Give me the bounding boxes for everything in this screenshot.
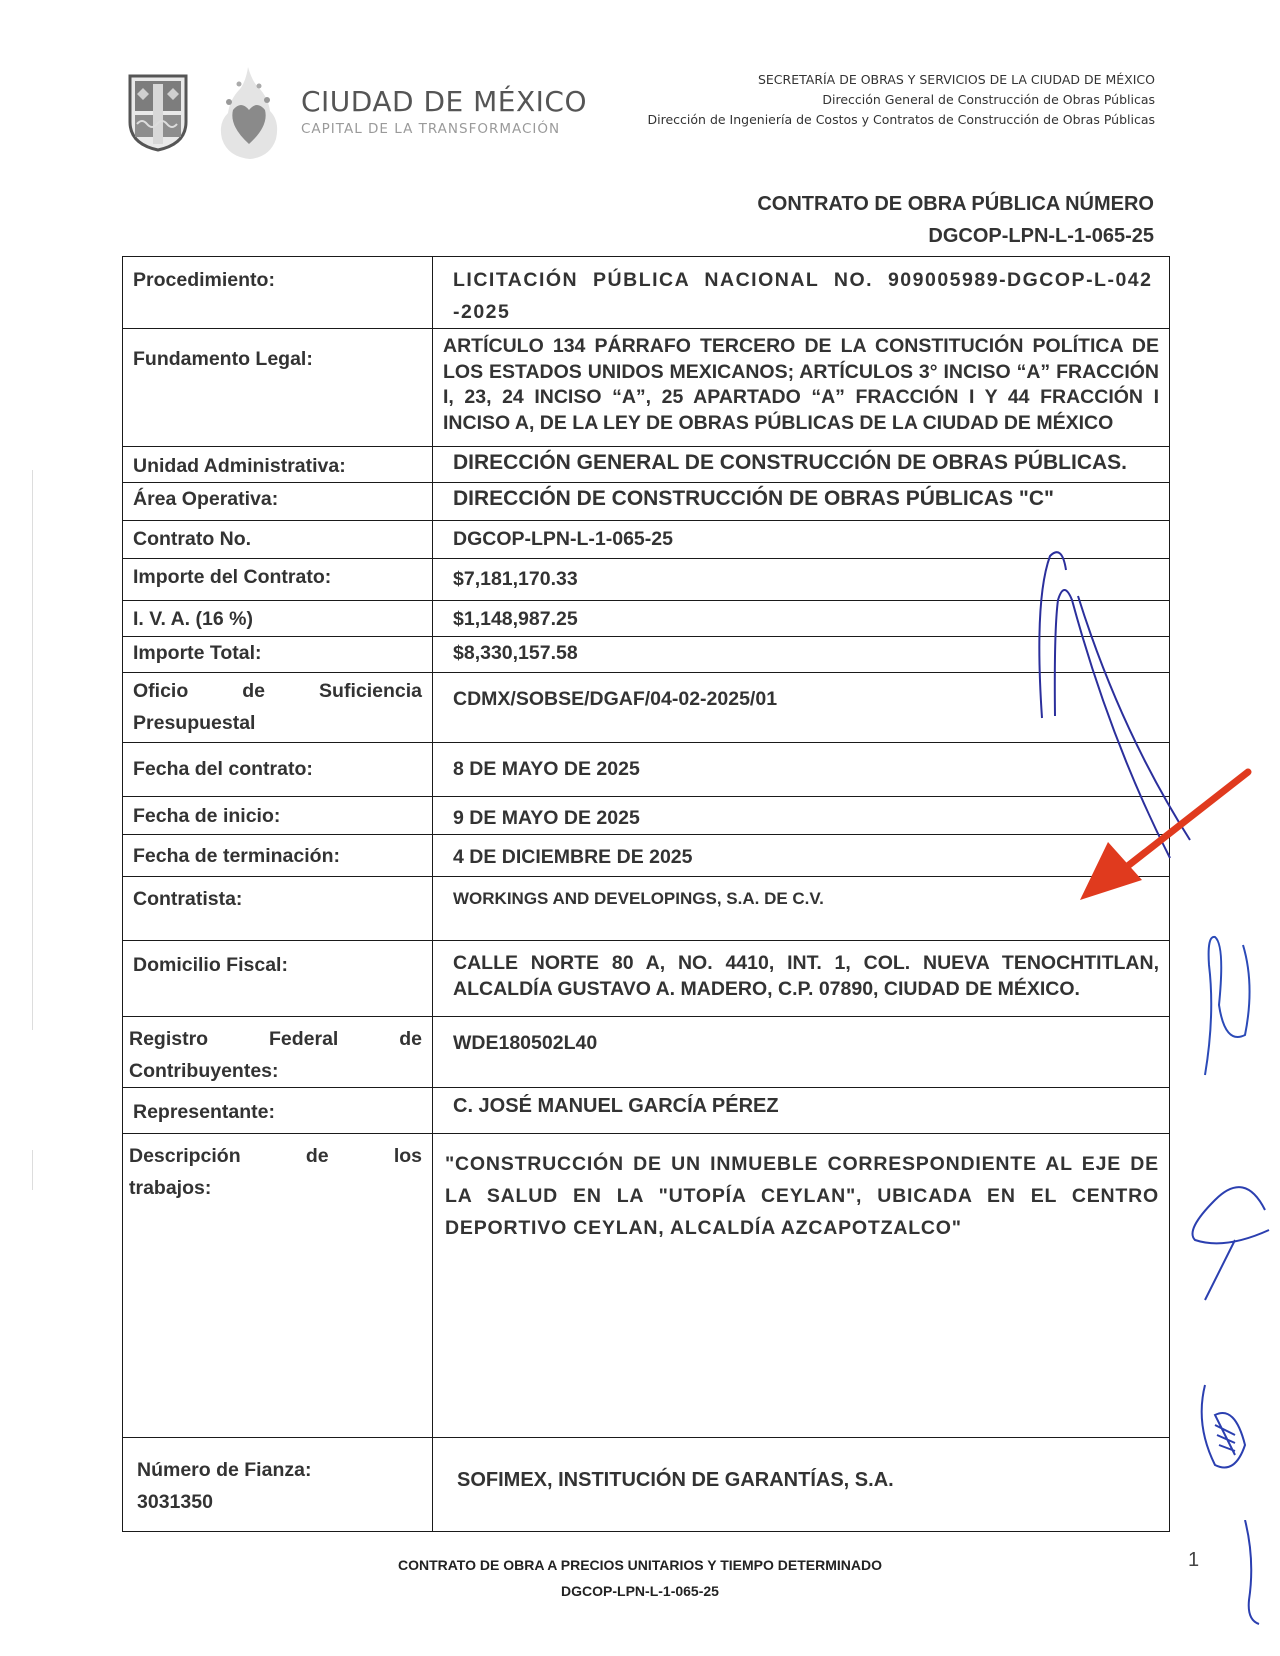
row-label: Importe del Contrato:: [123, 559, 433, 601]
table-row-domicilio-fiscal: Domicilio Fiscal: CALLE NORTE 80 A, NO. …: [123, 941, 1170, 1017]
shield-crest-icon: [127, 72, 189, 152]
row-value: SOFIMEX, INSTITUCIÓN DE GARANTÍAS, S.A.: [433, 1438, 1170, 1532]
row-label-line2: Contribuyentes:: [129, 1055, 422, 1087]
signature-initial-1-icon: [1185, 925, 1255, 1085]
row-value: DIRECCIÓN GENERAL DE CONSTRUCCIÓN DE OBR…: [433, 447, 1170, 483]
row-label: Procedimiento:: [123, 257, 433, 329]
table-row-contratista: Contratista: WORKINGS AND DEVELOPINGS, S…: [123, 877, 1170, 941]
row-label: Fecha de terminación:: [123, 835, 433, 877]
row-value: ARTÍCULO 134 PÁRRAFO TERCERO DE LA CONST…: [433, 329, 1170, 447]
row-value: 4 DE DICIEMBRE DE 2025: [433, 835, 1170, 877]
row-value: "CONSTRUCCIÓN DE UN INMUEBLE CORRESPONDI…: [433, 1134, 1170, 1438]
row-value: WORKINGS AND DEVELOPINGS, S.A. DE C.V.: [433, 877, 1170, 941]
agency-line-secretaria: SECRETARÍA DE OBRAS Y SERVICIOS DE LA CI…: [648, 70, 1155, 90]
table-row-representante: Representante: C. JOSÉ MANUEL GARCÍA PÉR…: [123, 1088, 1170, 1134]
table-row-rfc: Registro Federal de Contribuyentes: WDE1…: [123, 1017, 1170, 1088]
row-label: Contrato No.: [123, 521, 433, 559]
row-value: DIRECCIÓN DE CONSTRUCCIÓN DE OBRAS PÚBLI…: [433, 483, 1170, 521]
row-value: 8 DE MAYO DE 2025: [433, 743, 1170, 797]
row-label: Área Operativa:: [123, 483, 433, 521]
footer-contract-type: CONTRATO DE OBRA A PRECIOS UNITARIOS Y T…: [0, 1552, 1280, 1578]
row-label: Fecha de inicio:: [123, 797, 433, 835]
row-label-line1: Oficio de Suficiencia: [133, 675, 422, 707]
row-value: DGCOP-LPN-L-1-065-25: [433, 521, 1170, 559]
row-label-line2: Presupuestal: [133, 707, 422, 739]
row-value: $8,330,157.58: [433, 637, 1170, 673]
row-label: Fecha del contrato:: [123, 743, 433, 797]
row-label-line2: 3031350: [137, 1486, 422, 1518]
row-label: Fundamento Legal:: [123, 329, 433, 447]
table-row-numero-fianza: Número de Fianza: 3031350 SOFIMEX, INSTI…: [123, 1438, 1170, 1532]
row-value: WDE180502L40: [433, 1017, 1170, 1088]
agency-line-direccion-general: Dirección General de Construcción de Obr…: [648, 90, 1155, 110]
row-label-line1: Descripción de los: [129, 1140, 422, 1172]
table-row-area-operativa: Área Operativa: DIRECCIÓN DE CONSTRUCCIÓ…: [123, 483, 1170, 521]
row-label-line2: trabajos:: [129, 1172, 422, 1204]
row-label: Número de Fianza: 3031350: [123, 1438, 433, 1532]
signature-initial-3-icon: [1195, 1365, 1255, 1485]
heart-emblem-icon: [209, 62, 287, 162]
table-row-importe-contrato: Importe del Contrato: $7,181,170.33: [123, 559, 1170, 601]
row-label: I. V. A. (16 %): [123, 601, 433, 637]
row-label: Domicilio Fiscal:: [123, 941, 433, 1017]
row-value: $7,181,170.33: [433, 559, 1170, 601]
brand-subtitle: CAPITAL DE LA TRANSFORMACIÓN: [301, 120, 587, 138]
row-label-line1: Registro Federal de: [129, 1023, 422, 1055]
table-row-importe-total: Importe Total: $8,330,157.58: [123, 637, 1170, 673]
row-label: Descripción de los trabajos:: [123, 1134, 433, 1438]
table-row-oficio-suficiencia: Oficio de Suficiencia Presupuestal CDMX/…: [123, 673, 1170, 743]
page-number: 1: [1188, 1549, 1199, 1572]
table-row-fecha-contrato: Fecha del contrato: 8 DE MAYO DE 2025: [123, 743, 1170, 797]
document-title: CONTRATO DE OBRA PÚBLICA NÚMERO DGCOP-LP…: [757, 188, 1154, 252]
scan-margin-mark: [32, 1150, 33, 1190]
row-label-line1: Número de Fianza:: [137, 1454, 422, 1486]
table-row-iva: I. V. A. (16 %) $1,148,987.25: [123, 601, 1170, 637]
row-value: $1,148,987.25: [433, 601, 1170, 637]
row-label: Representante:: [123, 1088, 433, 1134]
row-label: Importe Total:: [123, 637, 433, 673]
table-row-fundamento-legal: Fundamento Legal: ARTÍCULO 134 PÁRRAFO T…: [123, 329, 1170, 447]
table-row-unidad-administrativa: Unidad Administrativa: DIRECCIÓN GENERAL…: [123, 447, 1170, 483]
page-footer: CONTRATO DE OBRA A PRECIOS UNITARIOS Y T…: [0, 1552, 1280, 1604]
row-label: Registro Federal de Contribuyentes:: [123, 1017, 433, 1088]
row-label: Oficio de Suficiencia Presupuestal: [123, 673, 433, 743]
table-row-contrato-no: Contrato No. DGCOP-LPN-L-1-065-25: [123, 521, 1170, 559]
document-title-line1: CONTRATO DE OBRA PÚBLICA NÚMERO: [757, 188, 1154, 220]
table-row-fecha-inicio: Fecha de inicio: 9 DE MAYO DE 2025: [123, 797, 1170, 835]
table-row-fecha-terminacion: Fecha de terminación: 4 DE DICIEMBRE DE …: [123, 835, 1170, 877]
scan-margin-mark: [32, 470, 33, 1030]
header-logo-group: CIUDAD DE MÉXICO CAPITAL DE LA TRANSFORM…: [127, 62, 587, 162]
footer-contract-number: DGCOP-LPN-L-1-065-25: [0, 1578, 1280, 1604]
row-value: LICITACIÓN PÚBLICA NACIONAL NO. 90900598…: [433, 257, 1170, 329]
brand-block: CIUDAD DE MÉXICO CAPITAL DE LA TRANSFORM…: [301, 86, 587, 138]
brand-title: CIUDAD DE MÉXICO: [301, 86, 587, 118]
table-row-procedimiento: Procedimiento: LICITACIÓN PÚBLICA NACION…: [123, 257, 1170, 329]
agency-header: SECRETARÍA DE OBRAS Y SERVICIOS DE LA CI…: [648, 70, 1155, 130]
contract-summary-table: Procedimiento: LICITACIÓN PÚBLICA NACION…: [122, 256, 1170, 1532]
document-title-number: DGCOP-LPN-L-1-065-25: [757, 220, 1154, 252]
row-label: Unidad Administrativa:: [123, 447, 433, 483]
agency-line-direccion-ingenieria: Dirección de Ingeniería de Costos y Cont…: [648, 110, 1155, 130]
row-value: 9 DE MAYO DE 2025: [433, 797, 1170, 835]
row-value: CALLE NORTE 80 A, NO. 4410, INT. 1, COL.…: [433, 941, 1170, 1017]
signature-initial-2-icon: [1175, 1170, 1275, 1310]
row-label: Contratista:: [123, 877, 433, 941]
table-row-descripcion-trabajos: Descripción de los trabajos: "CONSTRUCCI…: [123, 1134, 1170, 1438]
row-value: CDMX/SOBSE/DGAF/04-02-2025/01: [433, 673, 1170, 743]
row-value: C. JOSÉ MANUEL GARCÍA PÉREZ: [433, 1088, 1170, 1134]
